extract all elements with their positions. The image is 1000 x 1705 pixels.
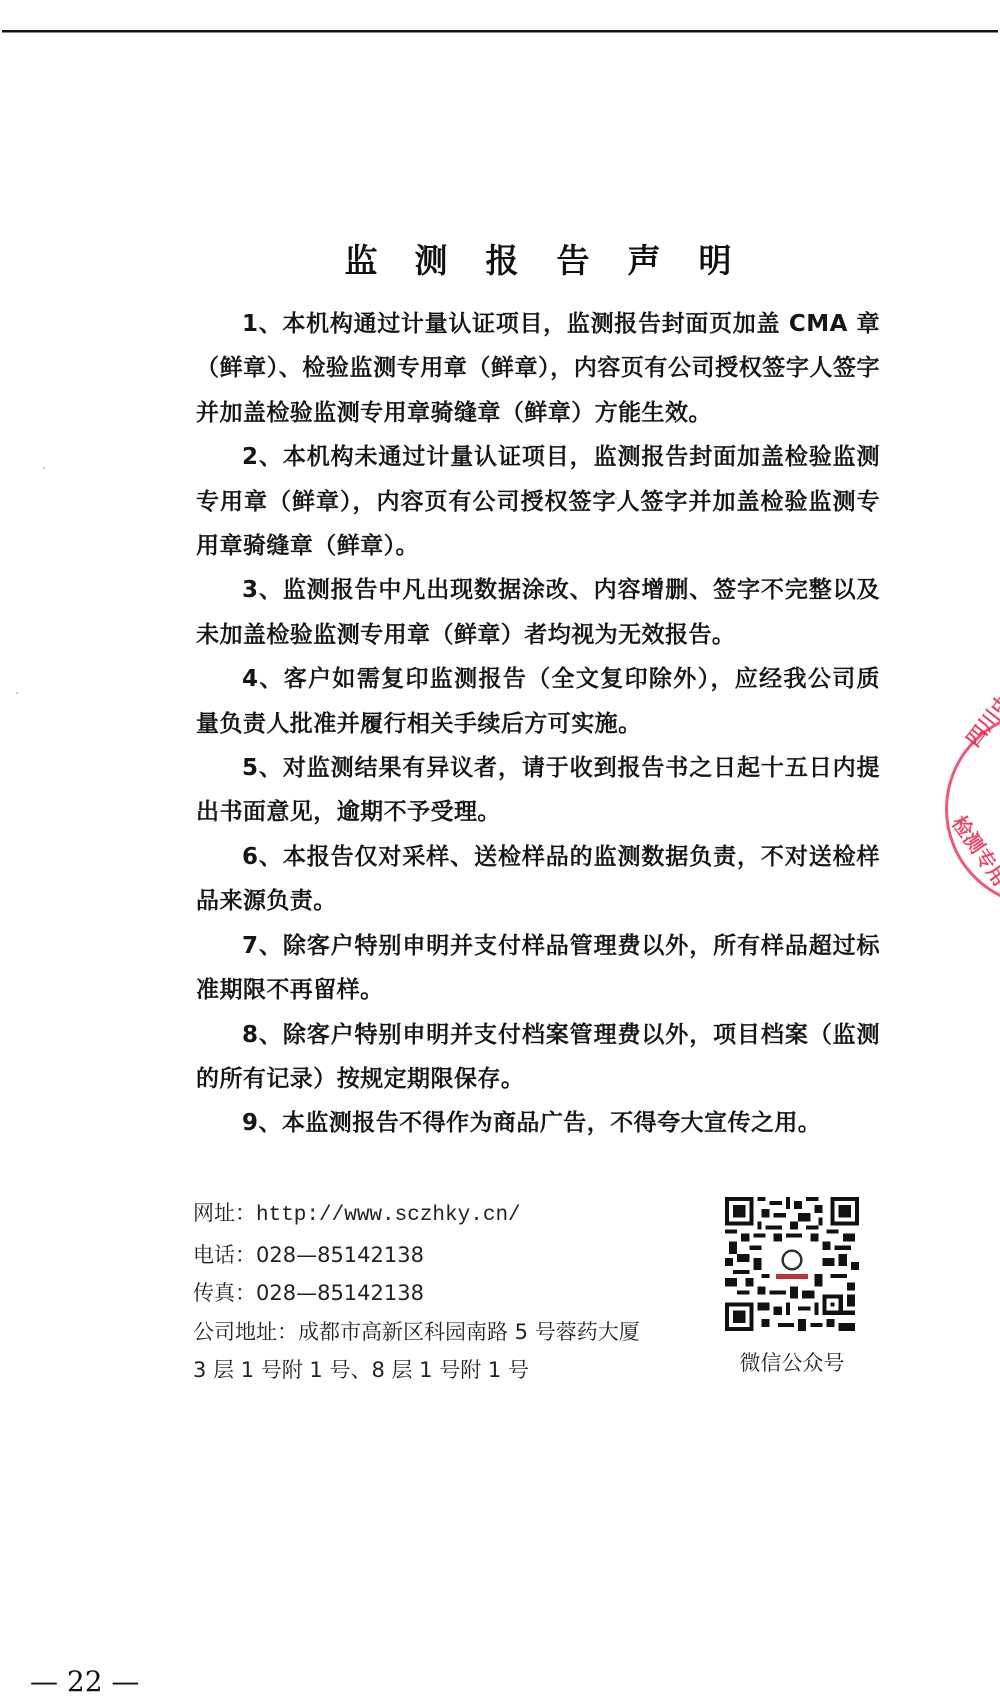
clause-1: 1、本机构通过计量认证项目，监测报告封面页加盖 CMA 章（鲜章）、检验监测专用… — [196, 302, 880, 435]
clause-4: 4、客户如需复印监测报告（全文复印除外），应经我公司质量负责人批准并履行相关手续… — [196, 657, 880, 746]
fax-value: 028—85142138 — [256, 1281, 424, 1305]
header-rule — [2, 30, 998, 32]
address-value: 成都市高新区科园南路 5 号蓉药大厦 — [298, 1320, 640, 1344]
title-char: 测 — [411, 236, 451, 286]
clause-5: 5、对监测结果有异议者，请于收到报告书之日起十五日内提出书面意见，逾期不予受理。 — [196, 746, 880, 835]
clause-3: 3、监测报告中凡出现数据涂改、内容增删、签字不完整以及未加盖检验监测专用章（鲜章… — [196, 568, 880, 657]
page-title: 监 测 报 告 声 明 — [0, 236, 1000, 286]
clause-6: 6、本报告仅对采样、送检样品的监测数据负责，不对送检样品来源负责。 — [196, 835, 880, 924]
title-char: 明 — [695, 236, 735, 286]
fax-row: 传真：028—85142138 — [193, 1274, 693, 1313]
phone-value: 028—85142138 — [256, 1243, 424, 1267]
official-seal: 四川中 检测专用 — [945, 711, 1000, 907]
address-row: 公司地址：成都市高新区科园南路 5 号蓉药大厦 — [193, 1313, 693, 1352]
clause-8: 8、除客户特别申明并支付档案管理费以外，项目档案（监测的所有记录）按规定期限保存… — [196, 1013, 880, 1102]
title-char: 报 — [482, 236, 522, 286]
statement-body: 1、本机构通过计量认证项目，监测报告封面页加盖 CMA 章（鲜章）、检验监测专用… — [196, 302, 880, 1146]
scan-speck — [615, 497, 617, 499]
scan-speck — [43, 467, 45, 469]
clause-9: 9、本监测报告不得作为商品广告，不得夸大宣传之用。 — [196, 1101, 880, 1145]
title-char: 告 — [553, 236, 593, 286]
scan-speck — [16, 692, 18, 694]
seal-text-bottom: 检测专用 — [946, 809, 1000, 916]
qr-caption: 微信公众号 — [722, 1347, 862, 1377]
address-label: 公司地址： — [193, 1320, 298, 1344]
address-value-2: 3 层 1 号附 1 号、8 层 1 号附 1 号 — [193, 1358, 529, 1382]
clause-2: 2、本机构未通过计量认证项目，监测报告封面加盖检验监测专用章（鲜章），内容页有公… — [196, 435, 880, 568]
seal-text-top: 四川中 — [958, 663, 1000, 752]
title-char: 监 — [341, 236, 381, 286]
qr-code-icon — [725, 1197, 859, 1331]
fax-label: 传真： — [193, 1281, 256, 1305]
wechat-qr-code[interactable] — [725, 1197, 859, 1331]
phone-label: 电话： — [193, 1243, 256, 1267]
website-label: 网址： — [193, 1201, 256, 1225]
title-char: 声 — [624, 236, 664, 286]
contact-info: 网址：http://www.sczhky.cn/ 电话：028—85142138… — [193, 1194, 693, 1390]
website-link[interactable]: http://www.sczhky.cn/ — [256, 1204, 521, 1227]
address-row-2: 3 层 1 号附 1 号、8 层 1 号附 1 号 — [193, 1351, 693, 1390]
phone-row: 电话：028—85142138 — [193, 1236, 693, 1275]
page-number: — 22 — — [30, 1665, 139, 1698]
website-row: 网址：http://www.sczhky.cn/ — [193, 1194, 693, 1236]
clause-7: 7、除客户特别申明并支付样品管理费以外，所有样品超过标准期限不再留样。 — [196, 924, 880, 1013]
